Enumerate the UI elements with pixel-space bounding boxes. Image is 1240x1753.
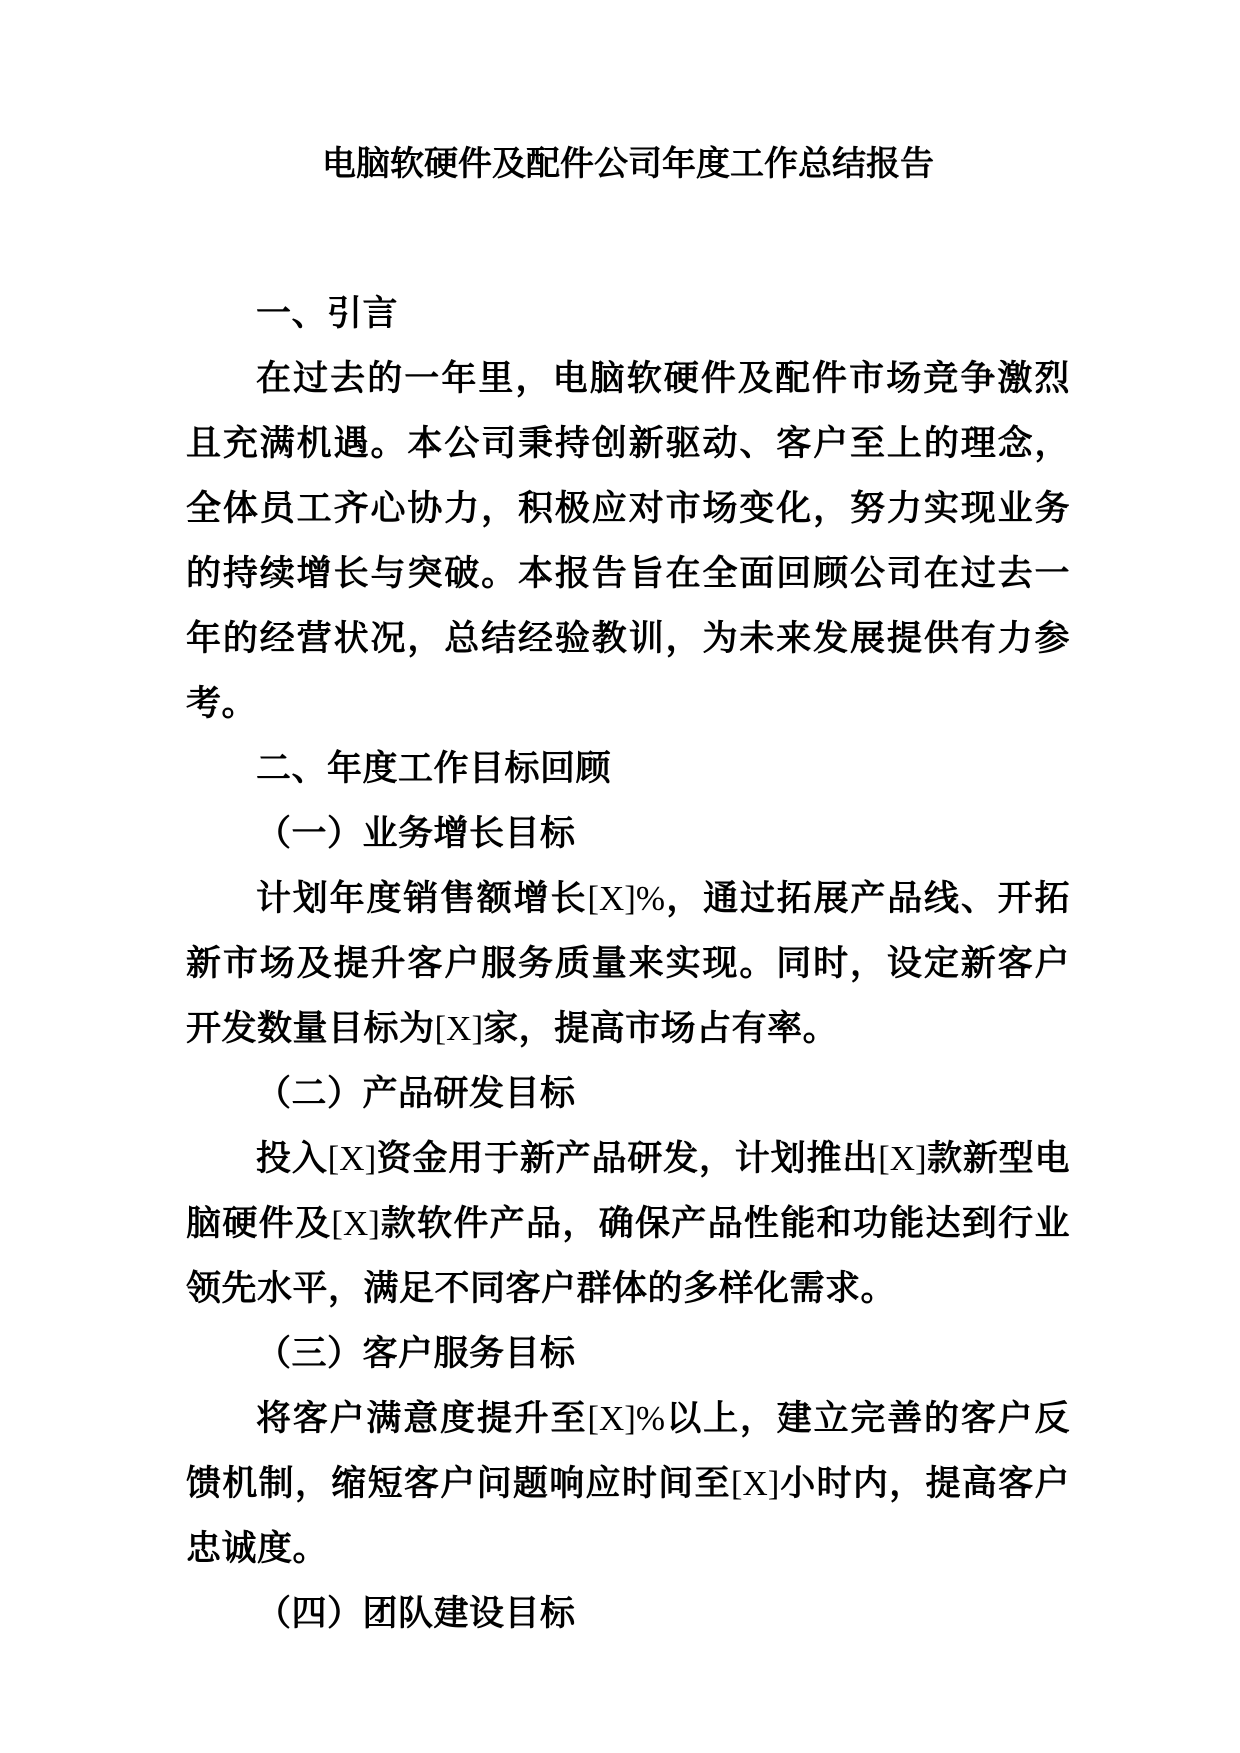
text-run: 资金用于新产品研发，计划推出 — [376, 1139, 878, 1178]
placeholder-value: [X] — [878, 1139, 927, 1178]
placeholder-value: [X] — [328, 1139, 377, 1178]
text-run: （一）业务增长目标 — [256, 814, 576, 853]
document-body: 一、引言在过去的一年里，电脑软硬件及配件市场竞争激烈且充满机遇。本公司秉持创新驱… — [186, 281, 1070, 1646]
text-run: 将客户满意度提升至 — [256, 1399, 587, 1438]
paragraph: 在过去的一年里，电脑软硬件及配件市场竞争激烈且充满机遇。本公司秉持创新驱动、客户… — [186, 346, 1070, 736]
text-run: 家，提高市场占有率。 — [483, 1009, 838, 1048]
text-run: 在过去的一年里，电脑软硬件及配件市场竞争激烈且充满机遇。本公司秉持创新驱动、客户… — [186, 359, 1070, 723]
document-title: 电脑软硬件及配件公司年度工作总结报告 — [186, 132, 1070, 197]
text-run: （二）产品研发目标 — [256, 1074, 576, 1113]
text-run: （四）团队建设目标 — [256, 1594, 576, 1633]
section-heading: （一）业务增长目标 — [186, 801, 1070, 866]
text-run: 投入 — [256, 1139, 328, 1178]
text-run: 计划年度销售额增长 — [256, 879, 587, 918]
placeholder-value: [X] — [435, 1009, 484, 1048]
section-heading: （二）产品研发目标 — [186, 1061, 1070, 1126]
paragraph: 计划年度销售额增长[X]%，通过拓展产品线、开拓新市场及提升客户服务质量来实现。… — [186, 866, 1070, 1061]
text-run: （三）客户服务目标 — [256, 1334, 576, 1373]
paragraph: 投入[X]资金用于新产品研发，计划推出[X]款新型电脑硬件及[X]款软件产品，确… — [186, 1126, 1070, 1321]
text-run: 二、年度工作目标回顾 — [256, 749, 611, 788]
placeholder-value: [X]% — [587, 1399, 665, 1438]
document-page: 电脑软硬件及配件公司年度工作总结报告 一、引言在过去的一年里，电脑软硬件及配件市… — [0, 0, 1240, 1753]
placeholder-value: [X] — [731, 1464, 780, 1503]
section-heading: （三）客户服务目标 — [186, 1321, 1070, 1386]
section-heading: （四）团队建设目标 — [186, 1581, 1070, 1646]
section-heading: 二、年度工作目标回顾 — [186, 736, 1070, 801]
placeholder-value: [X] — [331, 1204, 380, 1243]
section-heading: 一、引言 — [186, 281, 1070, 346]
placeholder-value: [X]% — [587, 879, 665, 918]
paragraph: 将客户满意度提升至[X]%以上，建立完善的客户反馈机制，缩短客户问题响应时间至[… — [186, 1386, 1070, 1581]
text-run: 一、引言 — [256, 294, 398, 333]
